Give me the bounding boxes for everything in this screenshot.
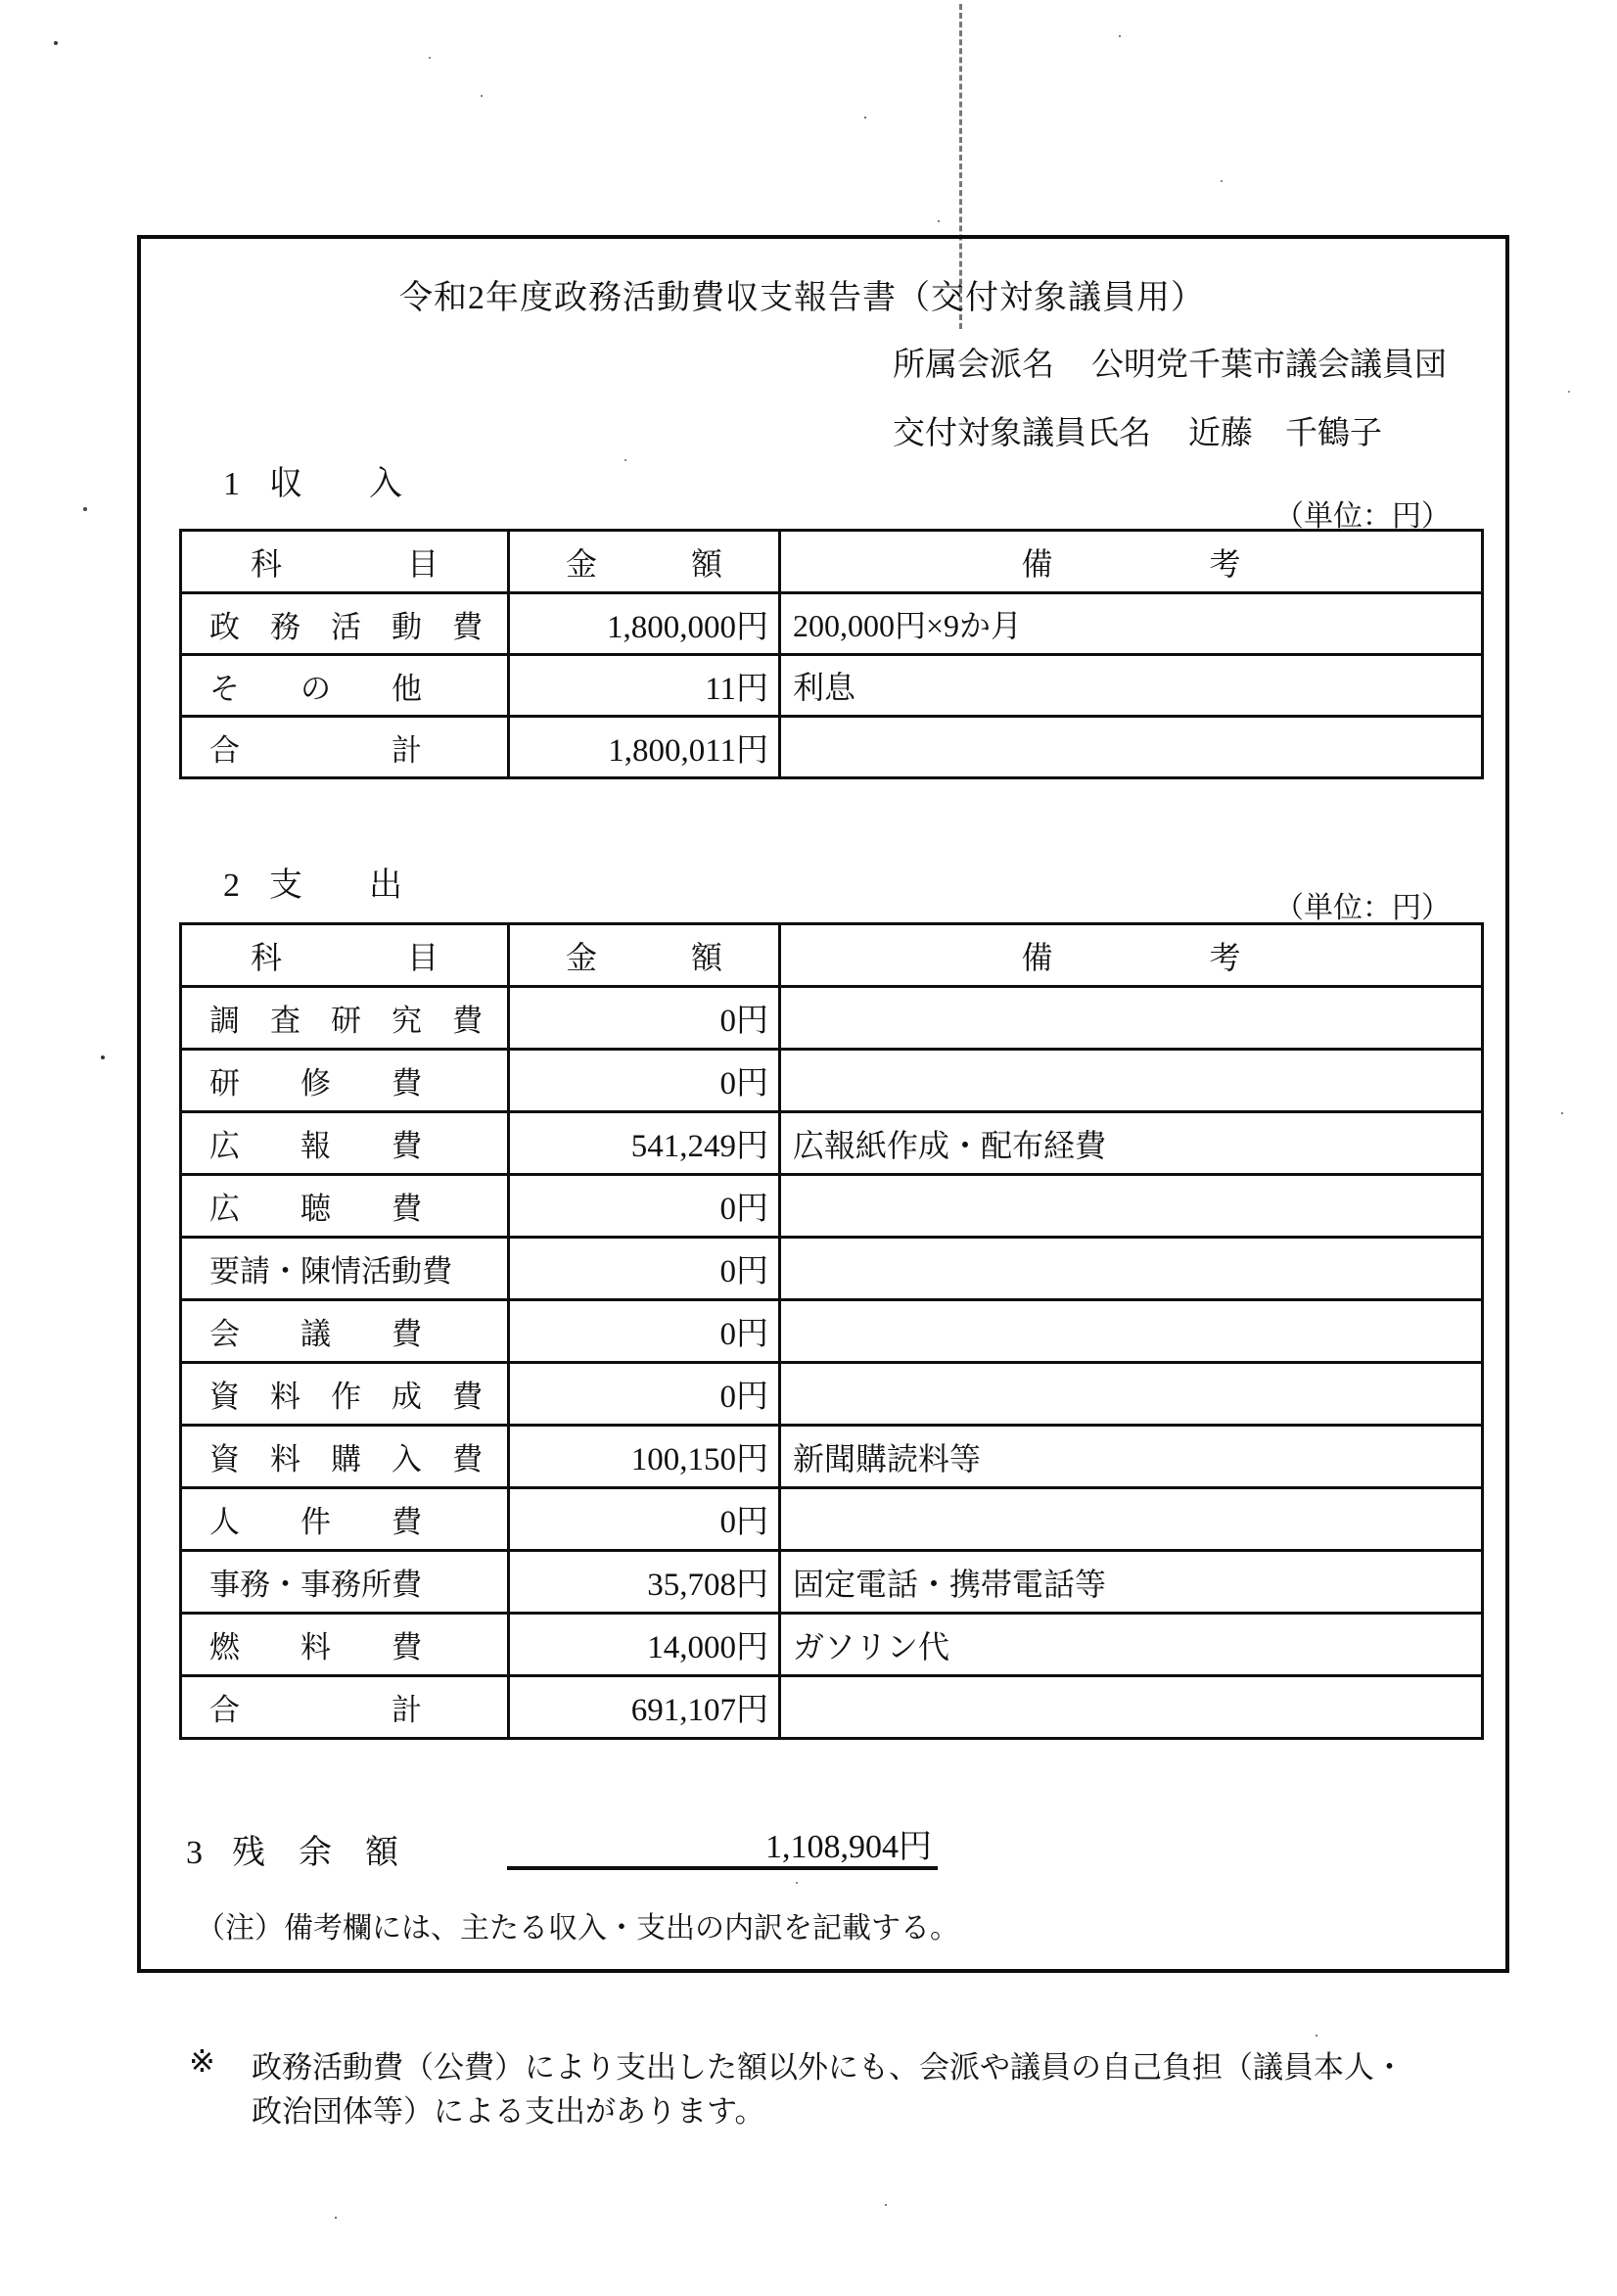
expense-item-cell: 要請・陳情活動費	[181, 1238, 509, 1300]
expense-amount-cell: 691,107円	[509, 1676, 780, 1739]
expense-note-cell: 新聞購読料等	[780, 1426, 1483, 1488]
expense-amount-cell: 541,249円	[509, 1112, 780, 1175]
scanned-report-page: 令和2年度政務活動費収支報告書（交付対象議員用） 所属会派名公明党千葉市議会議員…	[0, 0, 1617, 2296]
expense-amount-cell: 35,708円	[509, 1551, 780, 1614]
expense-amount-cell: 0円	[509, 1238, 780, 1300]
faction-label: 所属会派名	[893, 348, 1054, 383]
income-col-amount: 金 額	[509, 531, 780, 593]
income-note-cell: 利息	[780, 655, 1483, 717]
income-note-cell	[780, 717, 1483, 778]
expense-note-cell	[780, 1175, 1483, 1238]
expense-item-cell: 事務・事務所費	[181, 1551, 509, 1614]
expense-section-number: 2	[223, 867, 240, 904]
expense-section-title: 支 出	[269, 867, 402, 904]
member-line: 交付対象議員氏名近藤 千鶴子	[893, 407, 1382, 453]
expense-row: 広 聴 費 0円	[181, 1175, 1483, 1238]
expense-col-note: 備 考	[780, 924, 1483, 987]
income-item-cell: 政 務 活 動 費	[181, 593, 509, 655]
expense-item-cell: 広 聴 費	[181, 1175, 509, 1238]
expense-row: 会 議 費 0円	[181, 1300, 1483, 1363]
expense-row: 広 報 費 541,249円 広報紙作成・配布経費	[181, 1112, 1483, 1175]
expense-note-cell: 広報紙作成・配布経費	[780, 1112, 1483, 1175]
expense-col-amount: 金 額	[509, 924, 780, 987]
member-label: 交付対象議員氏名	[893, 416, 1151, 451]
balance-label-text: 残 余 額	[232, 1835, 398, 1871]
scan-noise-specks	[0, 0, 4, 4]
balance-heading: 3残 余 額	[186, 1825, 398, 1873]
faction-line: 所属会派名公明党千葉市議会議員団	[893, 339, 1447, 385]
expense-note-cell	[780, 1300, 1483, 1363]
balance-section-number: 3	[186, 1835, 205, 1871]
income-row: 政 務 活 動 費 1,800,000円 200,000円×9か月	[181, 593, 1483, 655]
expense-note-cell	[780, 1488, 1483, 1551]
expense-note-cell	[780, 1238, 1483, 1300]
income-table: 科 目 金 額 備 考 政 務 活 動 費 1,800,000円 200,000…	[179, 529, 1484, 779]
expense-item-cell: 燃 料 費	[181, 1614, 509, 1676]
member-value: 近藤 千鶴子	[1188, 416, 1382, 451]
expense-amount-cell: 100,150円	[509, 1426, 780, 1488]
expense-row: 合 計 691,107円	[181, 1676, 1483, 1739]
footnote-line-2: 政治団体等）による支出があります。	[252, 2086, 765, 2131]
expense-row: 資 料 作 成 費 0円	[181, 1363, 1483, 1426]
expense-amount-cell: 0円	[509, 1488, 780, 1551]
expense-note-cell: ガソリン代	[780, 1614, 1483, 1676]
expense-item-cell: 会 議 費	[181, 1300, 509, 1363]
income-amount-cell: 11円	[509, 655, 780, 717]
remarks-note: （注）備考欄には、主たる収入・支出の内訳を記載する。	[196, 1903, 959, 1946]
expense-item-cell: 資 料 作 成 費	[181, 1363, 509, 1426]
footnote-line-1: 政務活動費（公費）により支出した額以外にも、会派や議員の自己負担（議員本人・	[252, 2042, 1405, 2086]
income-row: 合 計 1,800,011円	[181, 717, 1483, 778]
expense-row: 要請・陳情活動費 0円	[181, 1238, 1483, 1300]
expense-amount-cell: 0円	[509, 1300, 780, 1363]
expense-amount-cell: 14,000円	[509, 1614, 780, 1676]
expense-row: 燃 料 費 14,000円 ガソリン代	[181, 1614, 1483, 1676]
income-item-cell: そ の 他	[181, 655, 509, 717]
expense-row: 研 修 費 0円	[181, 1050, 1483, 1112]
income-col-item: 科 目	[181, 531, 509, 593]
report-title: 令和2年度政務活動費収支報告書（交付対象議員用）	[399, 270, 1205, 318]
footnote-marker: ※	[189, 2042, 215, 2080]
expense-note-cell	[780, 987, 1483, 1050]
expense-row: 事務・事務所費 35,708円 固定電話・携帯電話等	[181, 1551, 1483, 1614]
expense-header-row: 科 目 金 額 備 考	[181, 924, 1483, 987]
expense-col-item: 科 目	[181, 924, 509, 987]
income-amount-cell: 1,800,011円	[509, 717, 780, 778]
unit-label-expense: （単位：円）	[1265, 883, 1451, 926]
income-note-cell: 200,000円×9か月	[780, 593, 1483, 655]
expense-item-cell: 調 査 研 究 費	[181, 987, 509, 1050]
expense-amount-cell: 0円	[509, 1363, 780, 1426]
expense-amount-cell: 0円	[509, 1050, 780, 1112]
income-section-heading: 1収 入	[223, 456, 402, 504]
expense-section-heading: 2支 出	[223, 858, 402, 906]
balance-amount: 1,108,904円	[507, 1819, 938, 1870]
expense-note-cell	[780, 1676, 1483, 1739]
expense-item-cell: 資 料 購 入 費	[181, 1426, 509, 1488]
income-header-row: 科 目 金 額 備 考	[181, 531, 1483, 593]
expense-item-cell: 研 修 費	[181, 1050, 509, 1112]
expense-amount-cell: 0円	[509, 987, 780, 1050]
expense-row: 資 料 購 入 費 100,150円 新聞購読料等	[181, 1426, 1483, 1488]
expense-note-cell: 固定電話・携帯電話等	[780, 1551, 1483, 1614]
income-row: そ の 他 11円 利息	[181, 655, 1483, 717]
expense-item-cell: 広 報 費	[181, 1112, 509, 1175]
income-item-cell: 合 計	[181, 717, 509, 778]
expense-row: 調 査 研 究 費 0円	[181, 987, 1483, 1050]
income-amount-cell: 1,800,000円	[509, 593, 780, 655]
faction-value: 公明党千葉市議会議員団	[1091, 348, 1447, 383]
expense-amount-cell: 0円	[509, 1175, 780, 1238]
expense-table: 科 目 金 額 備 考 調 査 研 究 費 0円 研 修 費 0円	[179, 922, 1484, 1740]
expense-item-cell: 合 計	[181, 1676, 509, 1739]
expense-row: 人 件 費 0円	[181, 1488, 1483, 1551]
expense-item-cell: 人 件 費	[181, 1488, 509, 1551]
income-section-number: 1	[223, 466, 240, 502]
expense-note-cell	[780, 1363, 1483, 1426]
expense-note-cell	[780, 1050, 1483, 1112]
income-section-title: 収 入	[269, 466, 402, 502]
income-col-note: 備 考	[780, 531, 1483, 593]
